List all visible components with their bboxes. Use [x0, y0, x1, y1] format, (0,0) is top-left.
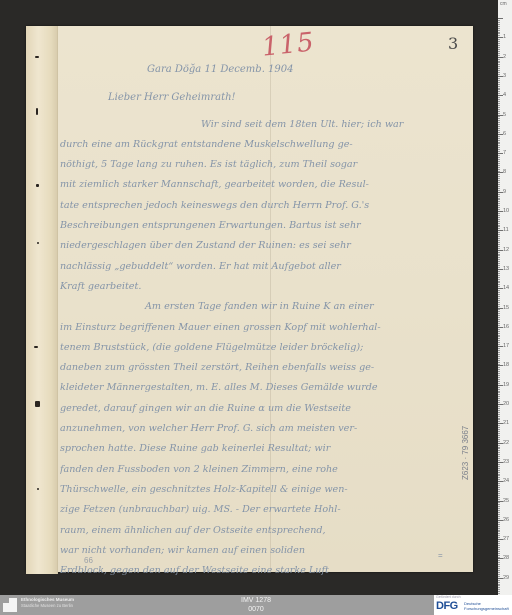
- letter-line: raum, einem ähnlichen auf der Ostseite e…: [60, 521, 465, 541]
- ruler-tick: [498, 383, 500, 384]
- ruler-tick: [498, 161, 500, 162]
- ruler-tick: [498, 41, 500, 42]
- ruler-tick: [498, 533, 500, 534]
- ruler-tick: [498, 470, 500, 471]
- ruler-tick: [498, 562, 500, 563]
- ruler-tick: [498, 184, 500, 185]
- ruler-label: 8: [503, 169, 506, 175]
- ruler-tick: [498, 30, 500, 31]
- ruler-tick: [498, 508, 500, 509]
- ruler-tick: [498, 485, 500, 486]
- ruler-tick: [498, 514, 500, 515]
- ruler-label: 22: [503, 440, 509, 446]
- ruler-tick: [498, 364, 500, 365]
- ruler-tick: [498, 74, 500, 75]
- ruler-tick: [498, 439, 500, 440]
- ruler-tick: [498, 140, 500, 141]
- ruler-tick: [498, 309, 500, 310]
- ruler-tick: [498, 101, 500, 102]
- ruler-tick: [498, 340, 500, 341]
- ruler-tick: [498, 157, 500, 158]
- ruler-tick: [498, 441, 500, 442]
- ruler-tick: [498, 240, 500, 241]
- ruler-tick: [498, 242, 500, 243]
- ruler-tick: [498, 188, 500, 189]
- ruler-tick: [498, 350, 500, 351]
- ruler-tick: [498, 311, 500, 312]
- ruler-tick: [498, 86, 500, 87]
- ruler-tick: [498, 452, 500, 453]
- ruler-tick: [498, 70, 500, 71]
- ruler-tick: [498, 259, 500, 260]
- ruler-tick: [498, 410, 500, 411]
- ruler-tick: [498, 118, 500, 119]
- ruler-label: 17: [503, 343, 509, 349]
- ruler-tick: [498, 489, 500, 490]
- ruler-tick: [498, 89, 500, 90]
- ruler-tick: [498, 294, 500, 295]
- ruler-tick: [498, 292, 500, 293]
- ruler-tick: [498, 109, 500, 110]
- ruler-tick: [498, 66, 500, 67]
- ruler-tick: [498, 169, 500, 170]
- ruler-tick: [498, 199, 500, 200]
- ruler-label: 6: [503, 131, 506, 137]
- ruler-tick: [498, 456, 500, 457]
- ruler-tick: [498, 91, 500, 92]
- ruler-tick: [498, 20, 500, 21]
- ruler-tick: [498, 282, 500, 283]
- letter-line: Wir sind seit dem 18ten Ult. hier; ich w…: [60, 115, 465, 135]
- ruler-label: 9: [503, 189, 506, 195]
- letter-line: Am ersten Tage fanden wir in Ruine K an …: [60, 297, 465, 317]
- letter-line: im Einsturz begriffenen Mauer einen gros…: [60, 318, 465, 338]
- ruler-tick: [498, 437, 500, 438]
- ruler-label: 1: [503, 34, 506, 40]
- ruler-tick: [498, 78, 500, 79]
- binding-hole: [34, 346, 38, 348]
- ruler-tick: [498, 147, 500, 148]
- ruler-tick: [498, 555, 500, 556]
- ruler-tick: [498, 165, 500, 166]
- ruler-tick: [498, 205, 500, 206]
- ruler-tick: [498, 333, 500, 334]
- scan-viewer: 115 3 Gara Döğa 11 Decemb. 1904Lieber He…: [0, 0, 512, 595]
- ruler-tick: [498, 155, 500, 156]
- ruler-tick: [498, 528, 500, 529]
- ruler-tick: [498, 163, 500, 164]
- ruler-tick: [498, 105, 500, 106]
- ruler-tick: [498, 566, 500, 567]
- letter-line: tate entsprechen jedoch keineswegs den d…: [60, 196, 465, 216]
- ruler-tick: [498, 479, 500, 480]
- ruler-tick: [498, 290, 500, 291]
- ruler-tick: [498, 203, 500, 204]
- ruler-tick: [498, 336, 500, 337]
- ruler-label: 19: [503, 382, 509, 388]
- ruler-tick: [498, 530, 500, 531]
- ruler-tick: [498, 557, 500, 558]
- letter-line: Lieber Herr Geheimrath!: [60, 88, 465, 108]
- handwritten-letter: Gara Döğa 11 Decemb. 1904Lieber Herr Geh…: [60, 60, 465, 581]
- ruler-tick: [498, 217, 500, 218]
- letter-line: tenem Bruststück, (die goldene Flügelmüt…: [60, 338, 465, 358]
- ruler-tick: [498, 302, 500, 303]
- ruler-tick: [498, 49, 500, 50]
- ruler-tick: [498, 267, 500, 268]
- ruler-tick: [498, 358, 500, 359]
- ruler-tick: [498, 196, 500, 197]
- binding-hole: [35, 401, 40, 407]
- ruler-tick: [498, 391, 500, 392]
- ruler-tick: [498, 591, 500, 592]
- ruler-tick: [498, 474, 500, 475]
- ruler-tick: [498, 369, 500, 370]
- ruler-tick: [498, 584, 500, 585]
- ruler-tick: [498, 553, 500, 554]
- ruler-unit-label: cm: [500, 1, 507, 7]
- ruler-tick: [498, 149, 500, 150]
- ruler-tick: [498, 116, 500, 117]
- ruler-tick: [498, 64, 500, 65]
- ruler-tick: [498, 412, 500, 413]
- ruler-tick: [498, 281, 500, 282]
- ruler-tick: [498, 582, 500, 583]
- ruler-tick: [498, 33, 500, 34]
- ruler-tick: [498, 159, 500, 160]
- ruler-tick: [498, 458, 500, 459]
- ruler-tick: [498, 319, 500, 320]
- ruler-tick: [498, 431, 500, 432]
- ruler-tick: [498, 502, 500, 503]
- ruler-label: 27: [503, 536, 509, 542]
- ruler-tick: [498, 560, 500, 561]
- ruler-tick: [498, 72, 500, 73]
- ruler-label: 4: [503, 92, 506, 98]
- ruler-label: 28: [503, 555, 509, 561]
- ruler-tick: [498, 497, 500, 498]
- ruler-label: 2: [503, 54, 506, 60]
- ruler-tick: [498, 487, 500, 488]
- ruler-tick: [498, 448, 500, 449]
- ruler-tick: [498, 132, 500, 133]
- ruler-tick: [498, 360, 500, 361]
- ruler-tick: [498, 344, 500, 345]
- ruler-tick: [498, 472, 500, 473]
- ruler-tick: [498, 263, 500, 264]
- ruler-tick: [498, 128, 500, 129]
- ruler-label: 15: [503, 305, 509, 311]
- ruler-tick: [498, 32, 500, 33]
- ruler-tick: [498, 414, 500, 415]
- ruler-tick: [498, 180, 500, 181]
- ruler-tick: [498, 111, 500, 112]
- ruler-label: 5: [503, 112, 506, 118]
- ruler-tick: [498, 325, 500, 326]
- ruler-tick: [498, 425, 500, 426]
- ruler-tick: [498, 518, 500, 519]
- ruler-tick: [498, 551, 500, 552]
- ruler-label: 16: [503, 324, 509, 330]
- ruler-tick: [498, 352, 500, 353]
- ruler-tick: [498, 97, 500, 98]
- ruler-tick: [498, 435, 500, 436]
- ruler-tick: [498, 300, 500, 301]
- side-archive-stamp: Z623 · 79 3667: [461, 426, 470, 480]
- folio-number-red: 115: [261, 27, 316, 62]
- ruler-tick: [498, 570, 500, 571]
- ruler-tick: [498, 304, 500, 305]
- ruler-tick: [498, 167, 500, 168]
- ruler-tick: [498, 18, 503, 19]
- ruler-tick: [498, 51, 500, 52]
- ruler-tick: [498, 298, 500, 299]
- ruler-tick: [498, 348, 500, 349]
- ruler-tick: [498, 398, 500, 399]
- ruler-tick: [498, 338, 500, 339]
- ruler-tick: [498, 445, 500, 446]
- ruler-tick: [498, 429, 500, 430]
- ruler-label: 23: [503, 459, 509, 465]
- ruler-tick: [498, 537, 500, 538]
- ruler-tick: [498, 142, 500, 143]
- ruler-tick: [498, 43, 500, 44]
- ruler-tick: [498, 207, 500, 208]
- ruler-label: 29: [503, 575, 509, 581]
- ruler-tick: [498, 531, 500, 532]
- ruler-tick: [498, 271, 500, 272]
- ruler-tick: [498, 238, 500, 239]
- page-number: 3: [448, 34, 458, 53]
- ruler-tick: [498, 394, 500, 395]
- binding-hole: [36, 184, 39, 187]
- ruler-tick: [498, 313, 500, 314]
- letter-line: niedergeschlagen über den Zustand der Ru…: [60, 236, 465, 256]
- dfg-logo-icon: DFG: [436, 600, 458, 612]
- ruler-tick: [498, 59, 500, 60]
- letter-line: zige Fetzen (unbrauchbar) uig. MS. - Der…: [60, 500, 465, 520]
- ruler-tick: [498, 136, 500, 137]
- ruler-tick: [498, 460, 500, 461]
- letter-line: sprochen hatte. Diese Ruine gab keinerle…: [60, 439, 465, 459]
- ruler-tick: [498, 225, 500, 226]
- ruler-tick: [498, 379, 500, 380]
- ruler-tick: [498, 234, 500, 235]
- ruler-tick: [498, 585, 500, 586]
- ruler-tick: [498, 466, 500, 467]
- ruler-tick: [498, 477, 500, 478]
- ruler-tick: [498, 433, 500, 434]
- ruler-tick: [498, 277, 500, 278]
- ruler-tick: [498, 587, 500, 588]
- ruler-tick: [498, 354, 500, 355]
- ruler-tick: [498, 450, 500, 451]
- ruler-tick: [498, 367, 500, 368]
- ruler-tick: [498, 126, 500, 127]
- ruler-tick: [498, 24, 500, 25]
- ruler-label: 21: [503, 420, 509, 426]
- ruler-tick: [498, 145, 500, 146]
- ruler-tick: [498, 468, 500, 469]
- ruler-tick: [498, 421, 500, 422]
- ruler-label: 13: [503, 266, 509, 272]
- letter-line: Erdblock, gegen den auf der Westseite ei…: [60, 561, 465, 581]
- letter-line: Thürschwelle, ein geschnitztes Holz-Kapi…: [60, 480, 465, 500]
- ruler-tick: [498, 265, 500, 266]
- ruler-tick: [498, 506, 500, 507]
- ruler-label: 3: [503, 73, 506, 79]
- ruler-tick: [498, 545, 500, 546]
- ruler-tick: [498, 62, 500, 63]
- ruler-tick: [498, 526, 500, 527]
- letter-line: daneben zum grössten Theil zerstört, Rei…: [60, 358, 465, 378]
- ruler-tick: [498, 371, 500, 372]
- ruler-tick: [498, 342, 500, 343]
- ruler-tick: [498, 392, 500, 393]
- ruler-tick: [498, 209, 500, 210]
- ruler-tick: [498, 491, 500, 492]
- ruler-tick: [498, 499, 500, 500]
- ruler-tick: [498, 356, 500, 357]
- dfg-logo-block: Gefördert durch DFG Deutsche Forschungsg…: [434, 595, 512, 615]
- ruler-tick: [498, 236, 500, 237]
- letter-line: Kraft gearbeitet.: [60, 277, 465, 297]
- ruler-tick: [498, 122, 500, 123]
- letter-line: mit ziemlich starker Mannschaft, gearbei…: [60, 175, 465, 195]
- ruler-tick: [498, 454, 500, 455]
- ruler-label: 11: [503, 227, 509, 233]
- ruler-label: 25: [503, 498, 509, 504]
- ruler-tick: [498, 315, 500, 316]
- ruler-label: 18: [503, 362, 509, 368]
- ruler-tick: [498, 593, 500, 594]
- ruler-label: 20: [503, 401, 509, 407]
- ruler-tick: [498, 99, 500, 100]
- dfg-name-line2: Forschungsgemeinschaft: [464, 606, 509, 611]
- dfg-name: Deutsche Forschungsgemeinschaft: [464, 601, 509, 611]
- ruler-tick: [498, 535, 500, 536]
- ruler-tick: [498, 190, 500, 191]
- letter-line: anzunehmen, von welcher Herr Prof. G. si…: [60, 419, 465, 439]
- ruler-tick: [498, 419, 500, 420]
- ruler-tick: [498, 362, 500, 363]
- ruler-tick: [498, 381, 500, 382]
- ruler-tick: [498, 232, 500, 233]
- ruler-tick: [498, 113, 500, 114]
- ruler-tick: [498, 22, 500, 23]
- equals-mark: =: [438, 551, 443, 560]
- ruler-tick: [498, 377, 500, 378]
- ruler-tick: [498, 427, 500, 428]
- margin-note: 66: [84, 556, 93, 565]
- ruler-tick: [498, 475, 500, 476]
- ruler-tick: [498, 408, 500, 409]
- ruler-tick: [498, 151, 500, 152]
- ruler-label: 24: [503, 478, 509, 484]
- ruler-tick: [498, 143, 500, 144]
- ruler-tick: [498, 564, 500, 565]
- ruler-label: 26: [503, 517, 509, 523]
- ruler-tick: [498, 130, 500, 131]
- binding-hole: [37, 242, 39, 244]
- ruler-tick: [498, 504, 500, 505]
- ruler-tick: [498, 244, 500, 245]
- cm-ruler: cm 1234567891011121314151617181920212223…: [498, 0, 512, 595]
- ruler-tick: [498, 317, 500, 318]
- binding-strip: [26, 26, 58, 574]
- ruler-tick: [498, 572, 500, 573]
- ruler-label: 14: [503, 285, 509, 291]
- ruler-tick: [498, 55, 500, 56]
- binding-hole: [36, 108, 38, 115]
- ruler-tick: [498, 387, 500, 388]
- ruler-tick: [498, 93, 500, 94]
- ruler-tick: [498, 493, 500, 494]
- ruler-tick: [498, 576, 500, 577]
- letter-line: nöthigt, 5 Tage lang zu ruhen. Es ist tä…: [60, 155, 465, 175]
- ruler-tick: [498, 273, 500, 274]
- ruler-tick: [498, 176, 500, 177]
- ruler-tick: [498, 257, 500, 258]
- ruler-tick: [498, 201, 500, 202]
- ruler-tick: [498, 213, 500, 214]
- ruler-tick: [498, 522, 500, 523]
- ruler-tick: [498, 400, 500, 401]
- ruler-tick: [498, 375, 500, 376]
- ruler-tick: [498, 568, 500, 569]
- ruler-tick: [498, 416, 500, 417]
- ruler-tick: [498, 88, 500, 89]
- letter-line: geredet, darauf gingen wir an die Ruine …: [60, 399, 465, 419]
- ruler-tick: [498, 483, 500, 484]
- ruler-tick: [498, 28, 500, 29]
- ruler-label: 7: [503, 150, 506, 156]
- binding-hole: [37, 488, 39, 490]
- ruler-tick: [498, 53, 500, 54]
- ruler-tick: [498, 174, 500, 175]
- ruler-tick: [498, 284, 500, 285]
- letter-line: durch eine am Rückgrat entstandene Muske…: [60, 135, 465, 155]
- ruler-tick: [498, 261, 500, 262]
- ruler-tick: [498, 589, 500, 590]
- ruler-tick: [498, 396, 500, 397]
- ruler-tick: [498, 464, 500, 465]
- ruler-tick: [498, 221, 500, 222]
- ruler-tick: [498, 547, 500, 548]
- ruler-tick: [498, 39, 500, 40]
- ruler-tick: [498, 323, 500, 324]
- ruler-tick: [498, 541, 500, 542]
- ruler-tick: [498, 35, 500, 36]
- ruler-tick: [498, 321, 500, 322]
- ruler-tick: [498, 45, 500, 46]
- ruler-tick: [498, 47, 500, 48]
- ruler-tick: [498, 26, 500, 27]
- ruler-tick: [498, 406, 500, 407]
- ruler-tick: [498, 254, 500, 255]
- ruler-tick: [498, 215, 500, 216]
- ruler-tick: [498, 246, 500, 247]
- ruler-tick: [498, 178, 500, 179]
- ruler-tick: [498, 198, 500, 199]
- letter-line: nachlässig „gebuddelt“ worden. Er hat mi…: [60, 257, 465, 277]
- ruler-tick: [498, 255, 500, 256]
- ruler-tick: [498, 418, 500, 419]
- ruler-tick: [498, 82, 500, 83]
- letter-line: kleideter Männergestalten, m. E. alles M…: [60, 378, 465, 398]
- ruler-label: 10: [503, 208, 509, 214]
- ruler-tick: [498, 512, 500, 513]
